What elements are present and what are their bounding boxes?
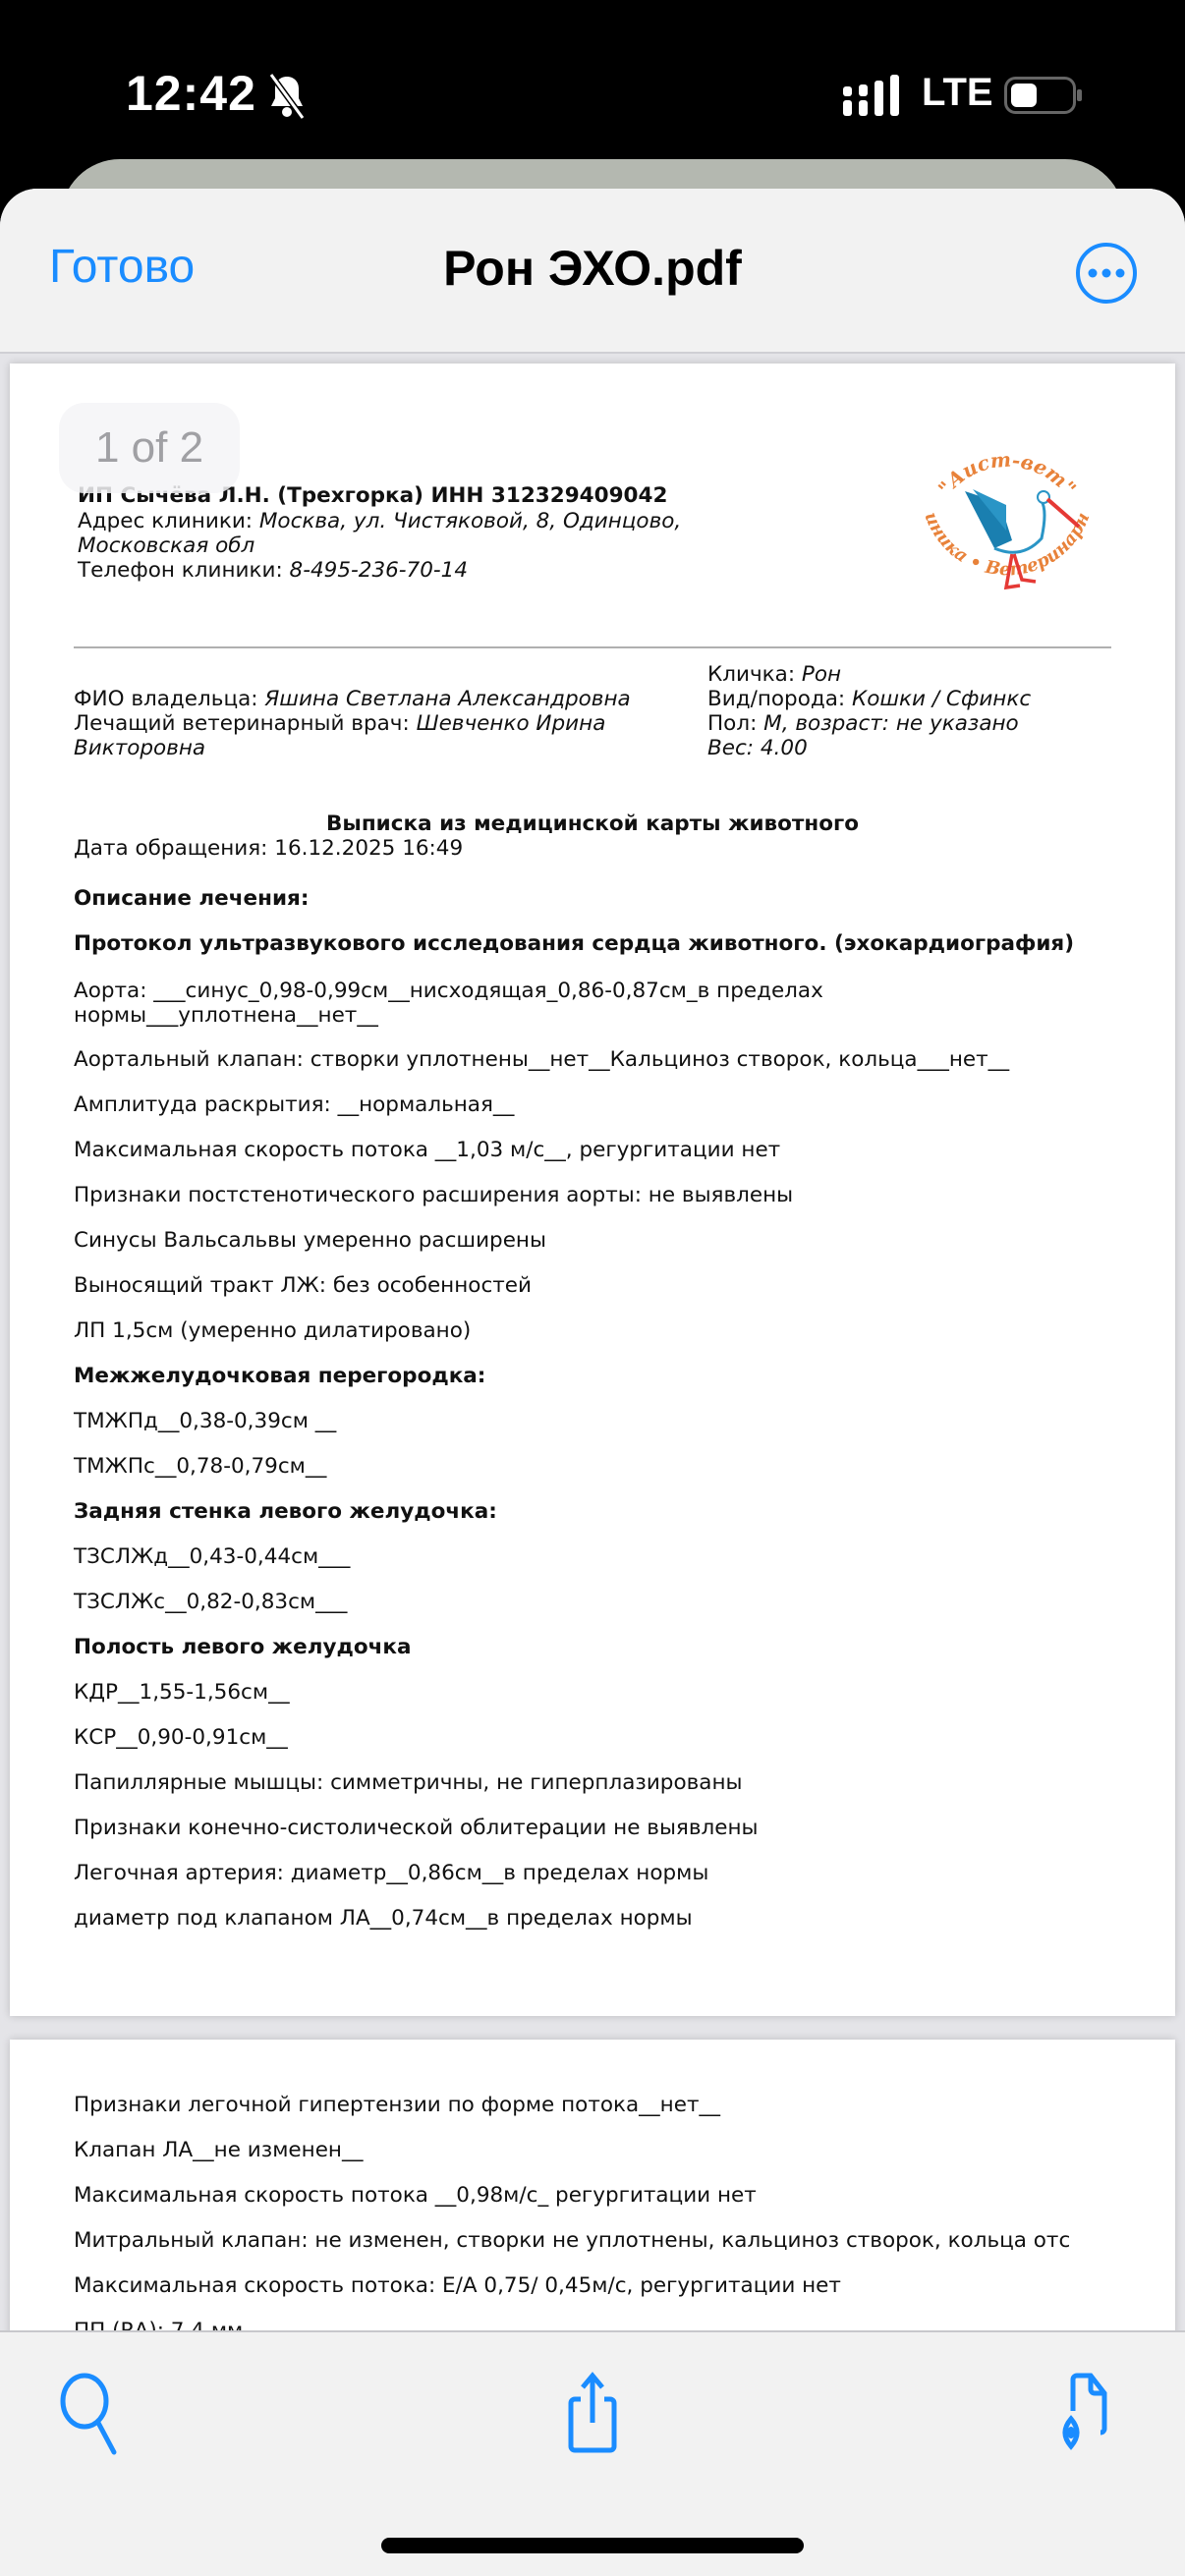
owner-name: ФИО владельца: Яшина Светлана Александро… bbox=[74, 687, 631, 711]
protocol-line: Клапан ЛА__не изменен__ bbox=[74, 2138, 364, 2162]
battery-low-icon bbox=[1004, 77, 1083, 114]
clinic-phone-label: Телефон клиники: bbox=[78, 558, 290, 583]
protocol-line: Признаки легочной гипертензии по форме п… bbox=[74, 2093, 720, 2117]
protocol-line: Аорта: ___синус_0,98-0,99см__нисходящая_… bbox=[74, 979, 823, 1003]
clinic-address-label: Адрес клиники: bbox=[78, 509, 259, 533]
ellipsis-circle-icon[interactable] bbox=[1075, 242, 1138, 305]
protocol-line: ТМЖПс__0,78-0,79см__ bbox=[74, 1454, 326, 1479]
pet-sex-label: Пол: bbox=[707, 711, 763, 736]
protocol-line: Признаки конечно-систолической облитерац… bbox=[74, 1816, 759, 1840]
protocol-line: КДР__1,55-1,56см__ bbox=[74, 1680, 290, 1705]
doctor-label: Лечащий ветеринарный врач: bbox=[74, 711, 417, 736]
clinic-logo-stork: "Аист-вет" клиника • Ветеринарная bbox=[904, 432, 1110, 629]
protocol-line: Митральный клапан: не изменен, створки н… bbox=[74, 2228, 1070, 2253]
section-heading: Полость левого желудочка bbox=[74, 1635, 412, 1659]
treatment-heading: Описание лечения: bbox=[74, 886, 309, 911]
pet-name-value: Рон bbox=[802, 662, 841, 687]
nav-bar: Готово Рон ЭХО.pdf bbox=[0, 189, 1185, 354]
section-heading: Межжелудочковая перегородка: bbox=[74, 1364, 485, 1388]
protocol-line: Максимальная скорость потока __1,03 м/с_… bbox=[74, 1138, 780, 1162]
clinic-address: Адрес клиники: Москва, ул. Чистяковой, 8… bbox=[78, 509, 681, 533]
protocol-line: Аортальный клапан: створки уплотнены__не… bbox=[74, 1047, 1009, 1072]
clinic-address-line-2: Московская обл bbox=[78, 533, 254, 558]
pet-breed-label: Вид/порода: bbox=[707, 687, 852, 711]
pet-sex-age: Пол: М, возраст: не указано bbox=[707, 711, 1019, 736]
header-divider bbox=[74, 646, 1111, 648]
protocol-line: Признаки постстенотического расширения а… bbox=[74, 1183, 793, 1207]
protocol-heading: Протокол ультразвукового исследования се… bbox=[74, 931, 1074, 956]
clinic-phone-value: 8-495-236-70-14 bbox=[290, 558, 469, 583]
bell-slash-icon bbox=[265, 73, 309, 120]
owner-value: Яшина Светлана Александровна bbox=[264, 687, 630, 711]
pet-name-label: Кличка: bbox=[707, 662, 802, 687]
protocol-line: ТЗСЛЖс__0,82-0,83см___ bbox=[74, 1590, 347, 1614]
protocol-line: Максимальная скорость потока: Е/А 0,75/ … bbox=[74, 2273, 841, 2298]
document-title: Рон ЭХО.pdf bbox=[0, 240, 1185, 297]
protocol-line: ТЗСЛЖд__0,43-0,44см___ bbox=[74, 1544, 350, 1569]
protocol-line: ЛП 1,5см (умеренно дилатировано) bbox=[74, 1318, 471, 1343]
protocol-line: КСР__0,90-0,91см__ bbox=[74, 1725, 288, 1750]
protocol-line: диаметр под клапаном ЛА__0,74см__в преде… bbox=[74, 1906, 693, 1931]
share-icon[interactable] bbox=[553, 2370, 632, 2458]
pet-name: Кличка: Рон bbox=[707, 662, 841, 687]
visit-date: Дата обращения: 16.12.2025 16:49 bbox=[74, 836, 463, 861]
clinic-phone: Телефон клиники: 8-495-236-70-14 bbox=[78, 558, 468, 583]
protocol-line: Легочная артерия: диаметр__0,86см__в пре… bbox=[74, 1861, 708, 1885]
document-heading: Выписка из медицинской карты животного bbox=[0, 812, 1185, 836]
cellular-signal-icon bbox=[843, 75, 902, 116]
page-indicator: 1 of 2 bbox=[59, 403, 240, 493]
clinic-address-value: Москва, ул. Чистяковой, 8, Одинцово, bbox=[259, 509, 681, 533]
protocol-line: нормы___уплотнена__нет__ bbox=[74, 1003, 378, 1028]
home-indicator[interactable] bbox=[381, 2538, 804, 2553]
svg-text:"Аист-вет": "Аист-вет" bbox=[933, 447, 1081, 499]
section-heading: Задняя стенка левого желудочка: bbox=[74, 1499, 497, 1524]
status-time: 12:42 bbox=[126, 65, 256, 122]
doctor-name: Лечащий ветеринарный врач: Шевченко Ирин… bbox=[74, 711, 605, 736]
protocol-line: ТМЖПд__0,38-0,39см __ bbox=[74, 1409, 336, 1433]
doc-eye-icon[interactable] bbox=[1051, 2370, 1130, 2458]
status-bar: 12:42 LTE bbox=[0, 0, 1185, 157]
screen: 12:42 LTE Готово Рон ЭХО.pdf bbox=[0, 0, 1185, 2576]
pet-breed-value: Кошки / Сфинкс bbox=[852, 687, 1031, 711]
protocol-line: Папиллярные мышцы: симметричны, не гипер… bbox=[74, 1770, 742, 1795]
protocol-line: Синусы Вальсальвы умеренно расширены bbox=[74, 1228, 546, 1253]
protocol-line: Максимальная скорость потока __0,98м/с_ … bbox=[74, 2183, 757, 2208]
magnifying-glass-icon[interactable] bbox=[49, 2370, 128, 2458]
doctor-value: Шевченко Ирина bbox=[417, 711, 606, 736]
owner-label: ФИО владельца: bbox=[74, 687, 264, 711]
pet-sex-value: М, возраст: не указано bbox=[763, 711, 1019, 736]
pet-weight: Вес: 4.00 bbox=[707, 736, 808, 760]
doctor-name-line-2: Викторовна bbox=[74, 736, 205, 760]
protocol-line: Амплитуда раскрытия: __нормальная__ bbox=[74, 1092, 514, 1117]
pet-breed: Вид/порода: Кошки / Сфинкс bbox=[707, 687, 1031, 711]
protocol-line: Выносящий тракт ЛЖ: без особенностей bbox=[74, 1273, 532, 1298]
network-type: LTE bbox=[922, 71, 993, 115]
